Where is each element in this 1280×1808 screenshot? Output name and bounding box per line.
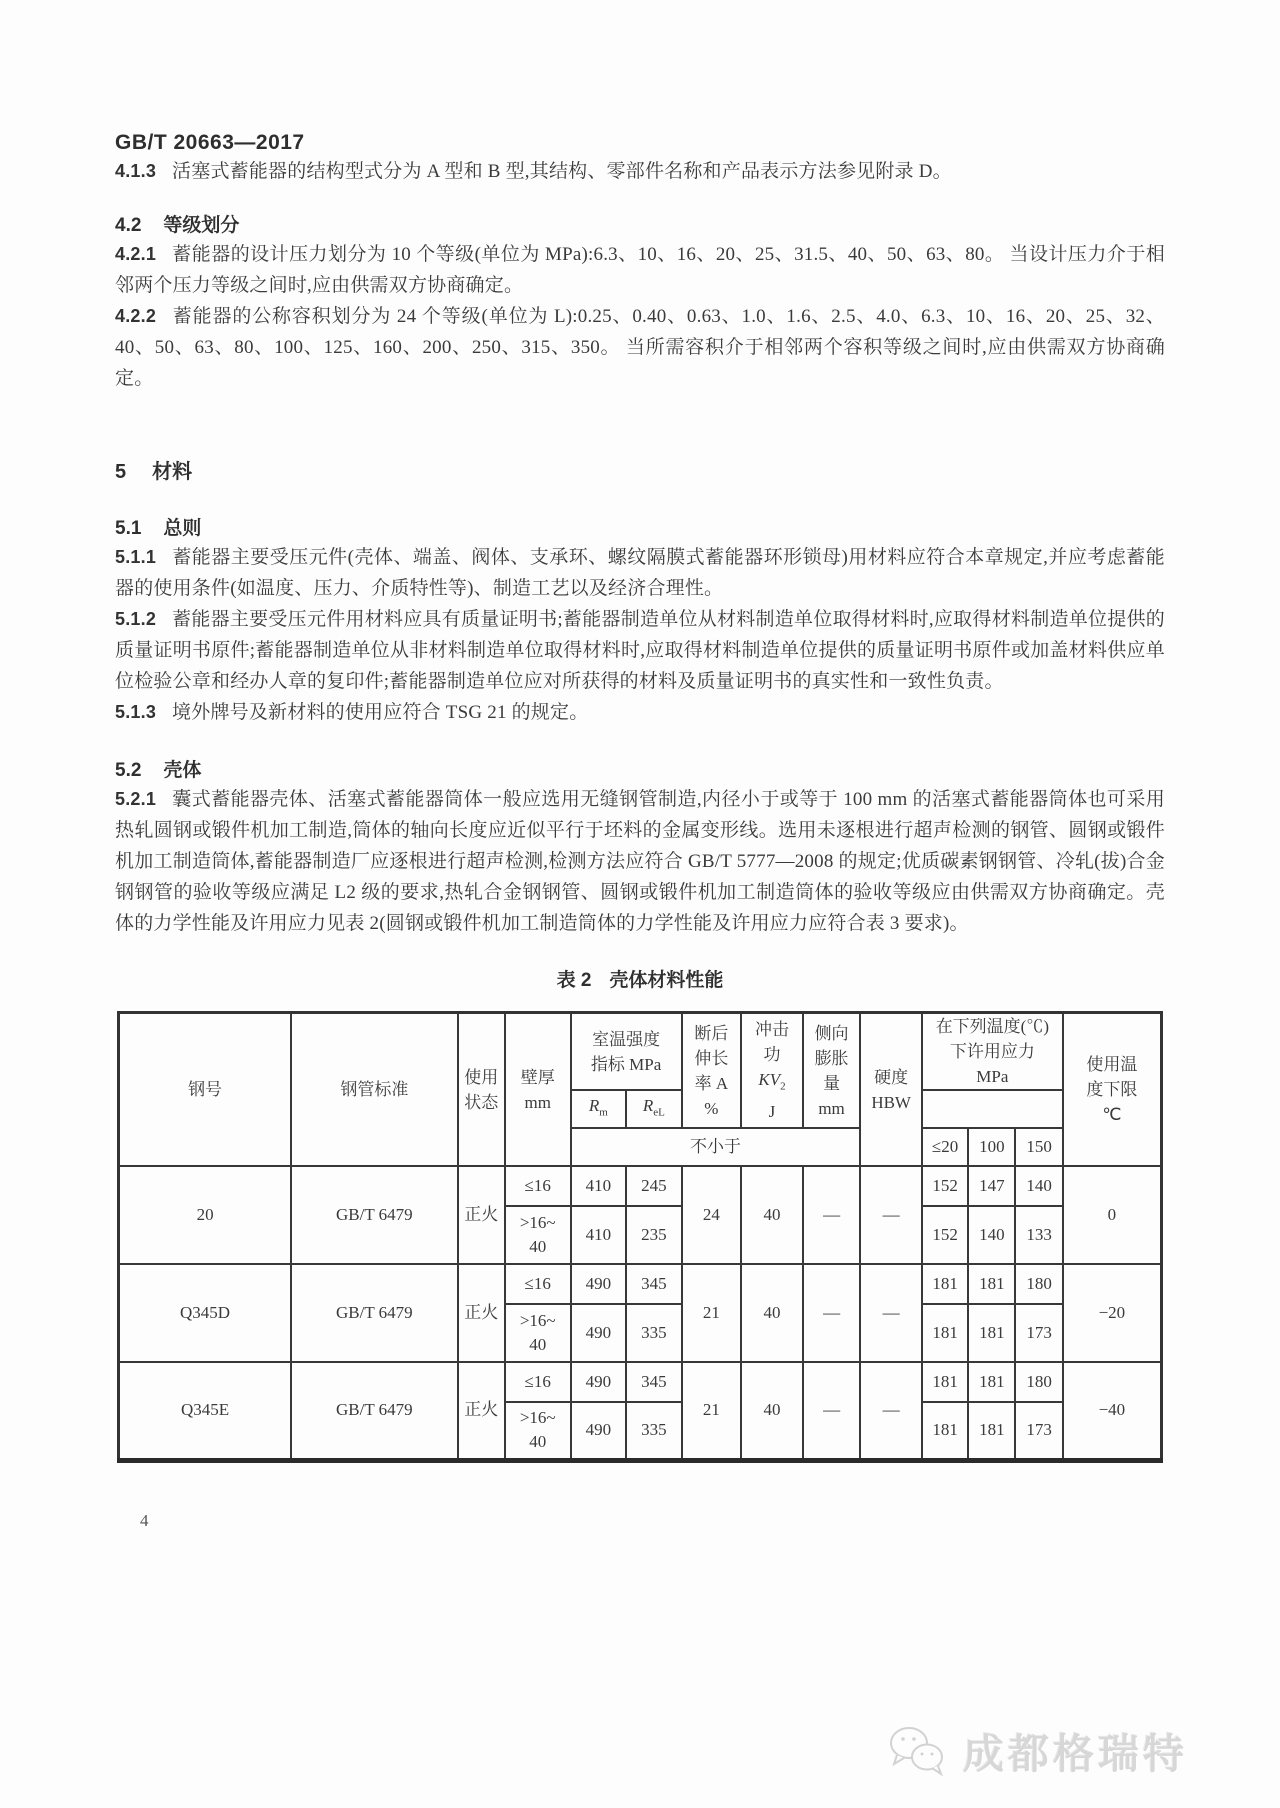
col-header-pipe-standard: 钢管标准 [291, 1013, 457, 1167]
header-line: 伸长 [683, 1046, 741, 1071]
heading-number: 5 [115, 461, 126, 483]
cell-use-state: 正火 [458, 1264, 505, 1362]
cell-rm: 490 [571, 1402, 626, 1460]
clause-number: 5.1.3 [115, 702, 156, 722]
cell-rm: 490 [571, 1304, 626, 1362]
header-row-1: 钢号 钢管标准 使用 状态 壁厚 mm 室温强度 指标 MPa 断后 伸长 率 [119, 1013, 1162, 1091]
wall-line: >16~ [506, 1406, 570, 1430]
header-line-kv2: KV2 [742, 1067, 802, 1099]
cell-stress-20: 181 [922, 1264, 968, 1304]
cell-stress-100: 147 [968, 1166, 1015, 1206]
header-line: 断后 [683, 1021, 741, 1046]
cell-stress-20: 152 [922, 1206, 968, 1264]
cell-rel: 245 [626, 1166, 681, 1206]
clause-text: 蓄能器的公称容积划分为 24 个等级(单位为 L):0.25、0.40、0.63… [115, 306, 1165, 389]
cell-pipe-standard: GB/T 6479 [291, 1166, 457, 1264]
wall-line: >16~ [506, 1309, 570, 1333]
col-header-hardness: 硬度 HBW [860, 1013, 922, 1167]
wall-line: 40 [506, 1430, 570, 1454]
cell-wall: ≤16 [505, 1362, 571, 1402]
heading-number: 5.1 [115, 518, 141, 539]
cell-use-state: 正火 [458, 1362, 505, 1460]
clause-text: 囊式蓄能器壳体、活塞式蓄能器筒体一般应选用无缝钢管制造,内径小于或等于 100 … [115, 789, 1165, 934]
cell-hardness: — [860, 1362, 922, 1460]
wall-line: 40 [506, 1333, 570, 1357]
col-header-wall-thickness: 壁厚 mm [505, 1013, 571, 1167]
cell-impact: 40 [741, 1264, 803, 1362]
cell-rel: 345 [626, 1264, 681, 1304]
header-not-less-than: 不小于 [571, 1128, 861, 1166]
cell-rel: 345 [626, 1362, 681, 1402]
wall-line: 40 [506, 1235, 570, 1259]
page-number: 4 [140, 1511, 1165, 1531]
cell-stress-150: 133 [1015, 1206, 1062, 1264]
cell-stress-20: 181 [922, 1362, 968, 1402]
col-header-temp-150: 150 [1015, 1128, 1062, 1166]
header-line: 度下限 [1064, 1077, 1160, 1102]
header-line: 室温强度 [572, 1027, 681, 1052]
cell-stress-100: 181 [968, 1362, 1015, 1402]
table-title: 壳体材料性能 [609, 970, 723, 991]
table-label: 表 2 [557, 970, 592, 991]
cell-pipe-standard: GB/T 6479 [291, 1362, 457, 1460]
cell-steel-grade: Q345E [119, 1362, 292, 1460]
col-header-temp-20: ≤20 [922, 1128, 968, 1166]
col-header-service-temp-limit: 使用温 度下限 ℃ [1063, 1013, 1162, 1167]
cell-wall: >16~ 40 [505, 1402, 571, 1460]
cell-stress-100: 181 [968, 1304, 1015, 1362]
cell-rel: 235 [626, 1206, 681, 1264]
heading-4-2: 4.2等级划分 [115, 213, 1165, 239]
header-line: 膨胀 [804, 1046, 860, 1071]
col-header-rel: ReL [626, 1090, 681, 1128]
clause-text: 蓄能器主要受压元件(壳体、端盖、阀体、支承环、螺纹隔膜式蓄能器环形锁母)用材料应… [115, 547, 1165, 599]
heading-number: 5.2 [115, 760, 141, 781]
heading-5-2: 5.2壳体 [115, 758, 1165, 784]
header-line: ℃ [1064, 1102, 1160, 1127]
watermark: 成都格瑞特 [887, 1721, 1188, 1780]
cell-rm: 490 [571, 1362, 626, 1402]
heading-text: 等级划分 [163, 215, 239, 236]
kv-subscript: 2 [780, 1080, 786, 1092]
cell-stress-150: 180 [1015, 1362, 1062, 1402]
cell-lateral: — [803, 1166, 861, 1264]
header-line: 量 [804, 1071, 860, 1096]
header-line: 下许用应力 [923, 1039, 1062, 1064]
heading-text: 材料 [152, 461, 192, 483]
cell-temp-limit: −40 [1063, 1362, 1162, 1460]
paragraph-5-1-2: 5.1.2蓄能器主要受压元件用材料应具有质量证明书;蓄能器制造单位从材料制造单位… [115, 604, 1165, 697]
cell-stress-100: 181 [968, 1402, 1015, 1460]
header-line: 使用温 [1064, 1052, 1160, 1077]
paragraph-4-2-2: 4.2.2蓄能器的公称容积划分为 24 个等级(单位为 L):0.25、0.40… [115, 301, 1165, 394]
cell-steel-grade: 20 [119, 1166, 292, 1264]
table-row: 20 GB/T 6479 正火 ≤16 410 245 24 40 — — 15… [119, 1166, 1162, 1206]
kv-symbol: KV [758, 1070, 780, 1089]
cell-lateral: — [803, 1264, 861, 1362]
header-line: mm [804, 1096, 860, 1121]
header-line: MPa [923, 1064, 1062, 1089]
cell-rm: 410 [571, 1166, 626, 1206]
clause-text: 活塞式蓄能器的结构型式分为 A 型和 B 型,其结构、零部件名称和产品表示方法参… [172, 161, 952, 182]
scanned-standard-page: { "doc": { "code": "GB/T 20663—2017", "p… [0, 0, 1280, 1808]
col-header-lateral-expansion: 侧向 膨胀 量 mm [803, 1013, 861, 1129]
heading-number: 4.2 [115, 215, 141, 236]
cell-use-state: 正火 [458, 1166, 505, 1264]
col-header-allowable-stress: 在下列温度(℃) 下许用应力 MPa [922, 1013, 1063, 1091]
header-line: 使用 [459, 1065, 504, 1090]
cell-rm: 490 [571, 1264, 626, 1304]
header-line: % [683, 1096, 741, 1121]
cell-wall: ≤16 [505, 1166, 571, 1206]
wall-line: >16~ [506, 1211, 570, 1235]
cell-stress-150: 140 [1015, 1166, 1062, 1206]
cell-impact: 40 [741, 1166, 803, 1264]
rm-symbol: R [589, 1096, 599, 1115]
cell-hardness: — [860, 1166, 922, 1264]
cell-wall: >16~ 40 [505, 1206, 571, 1264]
cell-stress-150: 173 [1015, 1304, 1062, 1362]
cell-stress-150: 180 [1015, 1264, 1062, 1304]
cell-temp-limit: −20 [1063, 1264, 1162, 1362]
cell-stress-150: 173 [1015, 1402, 1062, 1460]
heading-text: 壳体 [163, 760, 201, 781]
header-line: 冲击 [742, 1017, 802, 1042]
cell-wall: >16~ 40 [505, 1304, 571, 1362]
watermark-text: 成都格瑞特 [963, 1721, 1188, 1780]
clause-text: 蓄能器主要受压元件用材料应具有质量证明书;蓄能器制造单位从材料制造单位取得材料时… [115, 609, 1165, 692]
cell-stress-20: 152 [922, 1166, 968, 1206]
paragraph-4-2-1: 4.2.1蓄能器的设计压力划分为 10 个等级(单位为 MPa):6.3、10、… [115, 239, 1165, 301]
cell-rel: 335 [626, 1402, 681, 1460]
wechat-icon [887, 1723, 949, 1779]
cell-elongation: 21 [682, 1264, 742, 1362]
col-header-use-state: 使用 状态 [458, 1013, 505, 1167]
cell-stress-20: 181 [922, 1402, 968, 1460]
cell-lateral: — [803, 1362, 861, 1460]
col-header-rm: Rm [571, 1090, 626, 1128]
clause-number: 5.1.2 [115, 609, 156, 629]
header-line: J [742, 1099, 802, 1124]
col-header-temp-100: 100 [968, 1128, 1015, 1166]
cell-impact: 40 [741, 1362, 803, 1460]
header-line: 功 [742, 1042, 802, 1067]
col-header-elongation: 断后 伸长 率 A % [682, 1013, 742, 1129]
cell-steel-grade: Q345D [119, 1264, 292, 1362]
cell-stress-20: 181 [922, 1304, 968, 1362]
col-header-room-temp-strength: 室温强度 指标 MPa [571, 1013, 682, 1091]
cell-stress-100: 140 [968, 1206, 1015, 1264]
table-row: Q345D GB/T 6479 正火 ≤16 490 345 21 40 — —… [119, 1264, 1162, 1304]
paragraph-5-2-1: 5.2.1囊式蓄能器壳体、活塞式蓄能器筒体一般应选用无缝钢管制造,内径小于或等于… [115, 784, 1165, 939]
header-line: 率 A [683, 1071, 741, 1096]
cell-stress-100: 181 [968, 1264, 1015, 1304]
header-line: 硬度 [861, 1065, 921, 1090]
rel-symbol: R [643, 1096, 653, 1115]
clause-text: 境外牌号及新材料的使用应符合 TSG 21 的规定。 [172, 702, 588, 723]
clause-number: 5.2.1 [115, 789, 156, 809]
clause-number: 5.1.1 [115, 547, 156, 567]
table-caption: 表 2壳体材料性能 [115, 969, 1165, 993]
col-header-impact-energy: 冲击 功 KV2 J [741, 1013, 803, 1129]
heading-5-1: 5.1总则 [115, 516, 1165, 542]
header-line: HBW [861, 1090, 921, 1115]
clause-number: 4.1.3 [115, 161, 156, 181]
paragraph-5-1-3: 5.1.3境外牌号及新材料的使用应符合 TSG 21 的规定。 [115, 697, 1165, 728]
cell-pipe-standard: GB/T 6479 [291, 1264, 457, 1362]
paragraph-4-1-3: 4.1.3活塞式蓄能器的结构型式分为 A 型和 B 型,其结构、零部件名称和产品… [115, 156, 1165, 187]
cell-elongation: 21 [682, 1362, 742, 1460]
header-line: 在下列温度(℃) [923, 1014, 1062, 1039]
cell-temp-limit: 0 [1063, 1166, 1162, 1264]
header-line: 侧向 [804, 1021, 860, 1046]
paragraph-5-1-1: 5.1.1蓄能器主要受压元件(壳体、端盖、阀体、支承环、螺纹隔膜式蓄能器环形锁母… [115, 542, 1165, 604]
cell-wall: ≤16 [505, 1264, 571, 1304]
rm-subscript: m [599, 1106, 608, 1118]
shell-material-properties-table: 钢号 钢管标准 使用 状态 壁厚 mm 室温强度 指标 MPa 断后 伸长 率 [117, 1011, 1163, 1463]
rel-subscript: eL [653, 1106, 665, 1118]
heading-text: 总则 [163, 518, 201, 539]
page-content: GB/T 20663—2017 4.1.3活塞式蓄能器的结构型式分为 A 型和 … [0, 0, 1280, 1531]
cell-elongation: 24 [682, 1166, 742, 1264]
table-row: Q345E GB/T 6479 正火 ≤16 490 345 21 40 — —… [119, 1362, 1162, 1402]
clause-text: 蓄能器的设计压力划分为 10 个等级(单位为 MPa):6.3、10、16、20… [115, 244, 1165, 296]
header-line: 指标 MPa [572, 1052, 681, 1077]
clause-number: 4.2.1 [115, 244, 156, 264]
cell-hardness: — [860, 1264, 922, 1362]
header-line: 状态 [459, 1090, 504, 1115]
cell-rel: 335 [626, 1304, 681, 1362]
cell-rm: 410 [571, 1206, 626, 1264]
header-line: 壁厚 [506, 1065, 570, 1090]
heading-5: 5材料 [115, 458, 1165, 486]
col-header-steel-grade: 钢号 [119, 1013, 292, 1167]
standard-number: GB/T 20663—2017 [115, 130, 1165, 156]
header-line: mm [506, 1090, 570, 1115]
clause-number: 4.2.2 [115, 306, 156, 326]
